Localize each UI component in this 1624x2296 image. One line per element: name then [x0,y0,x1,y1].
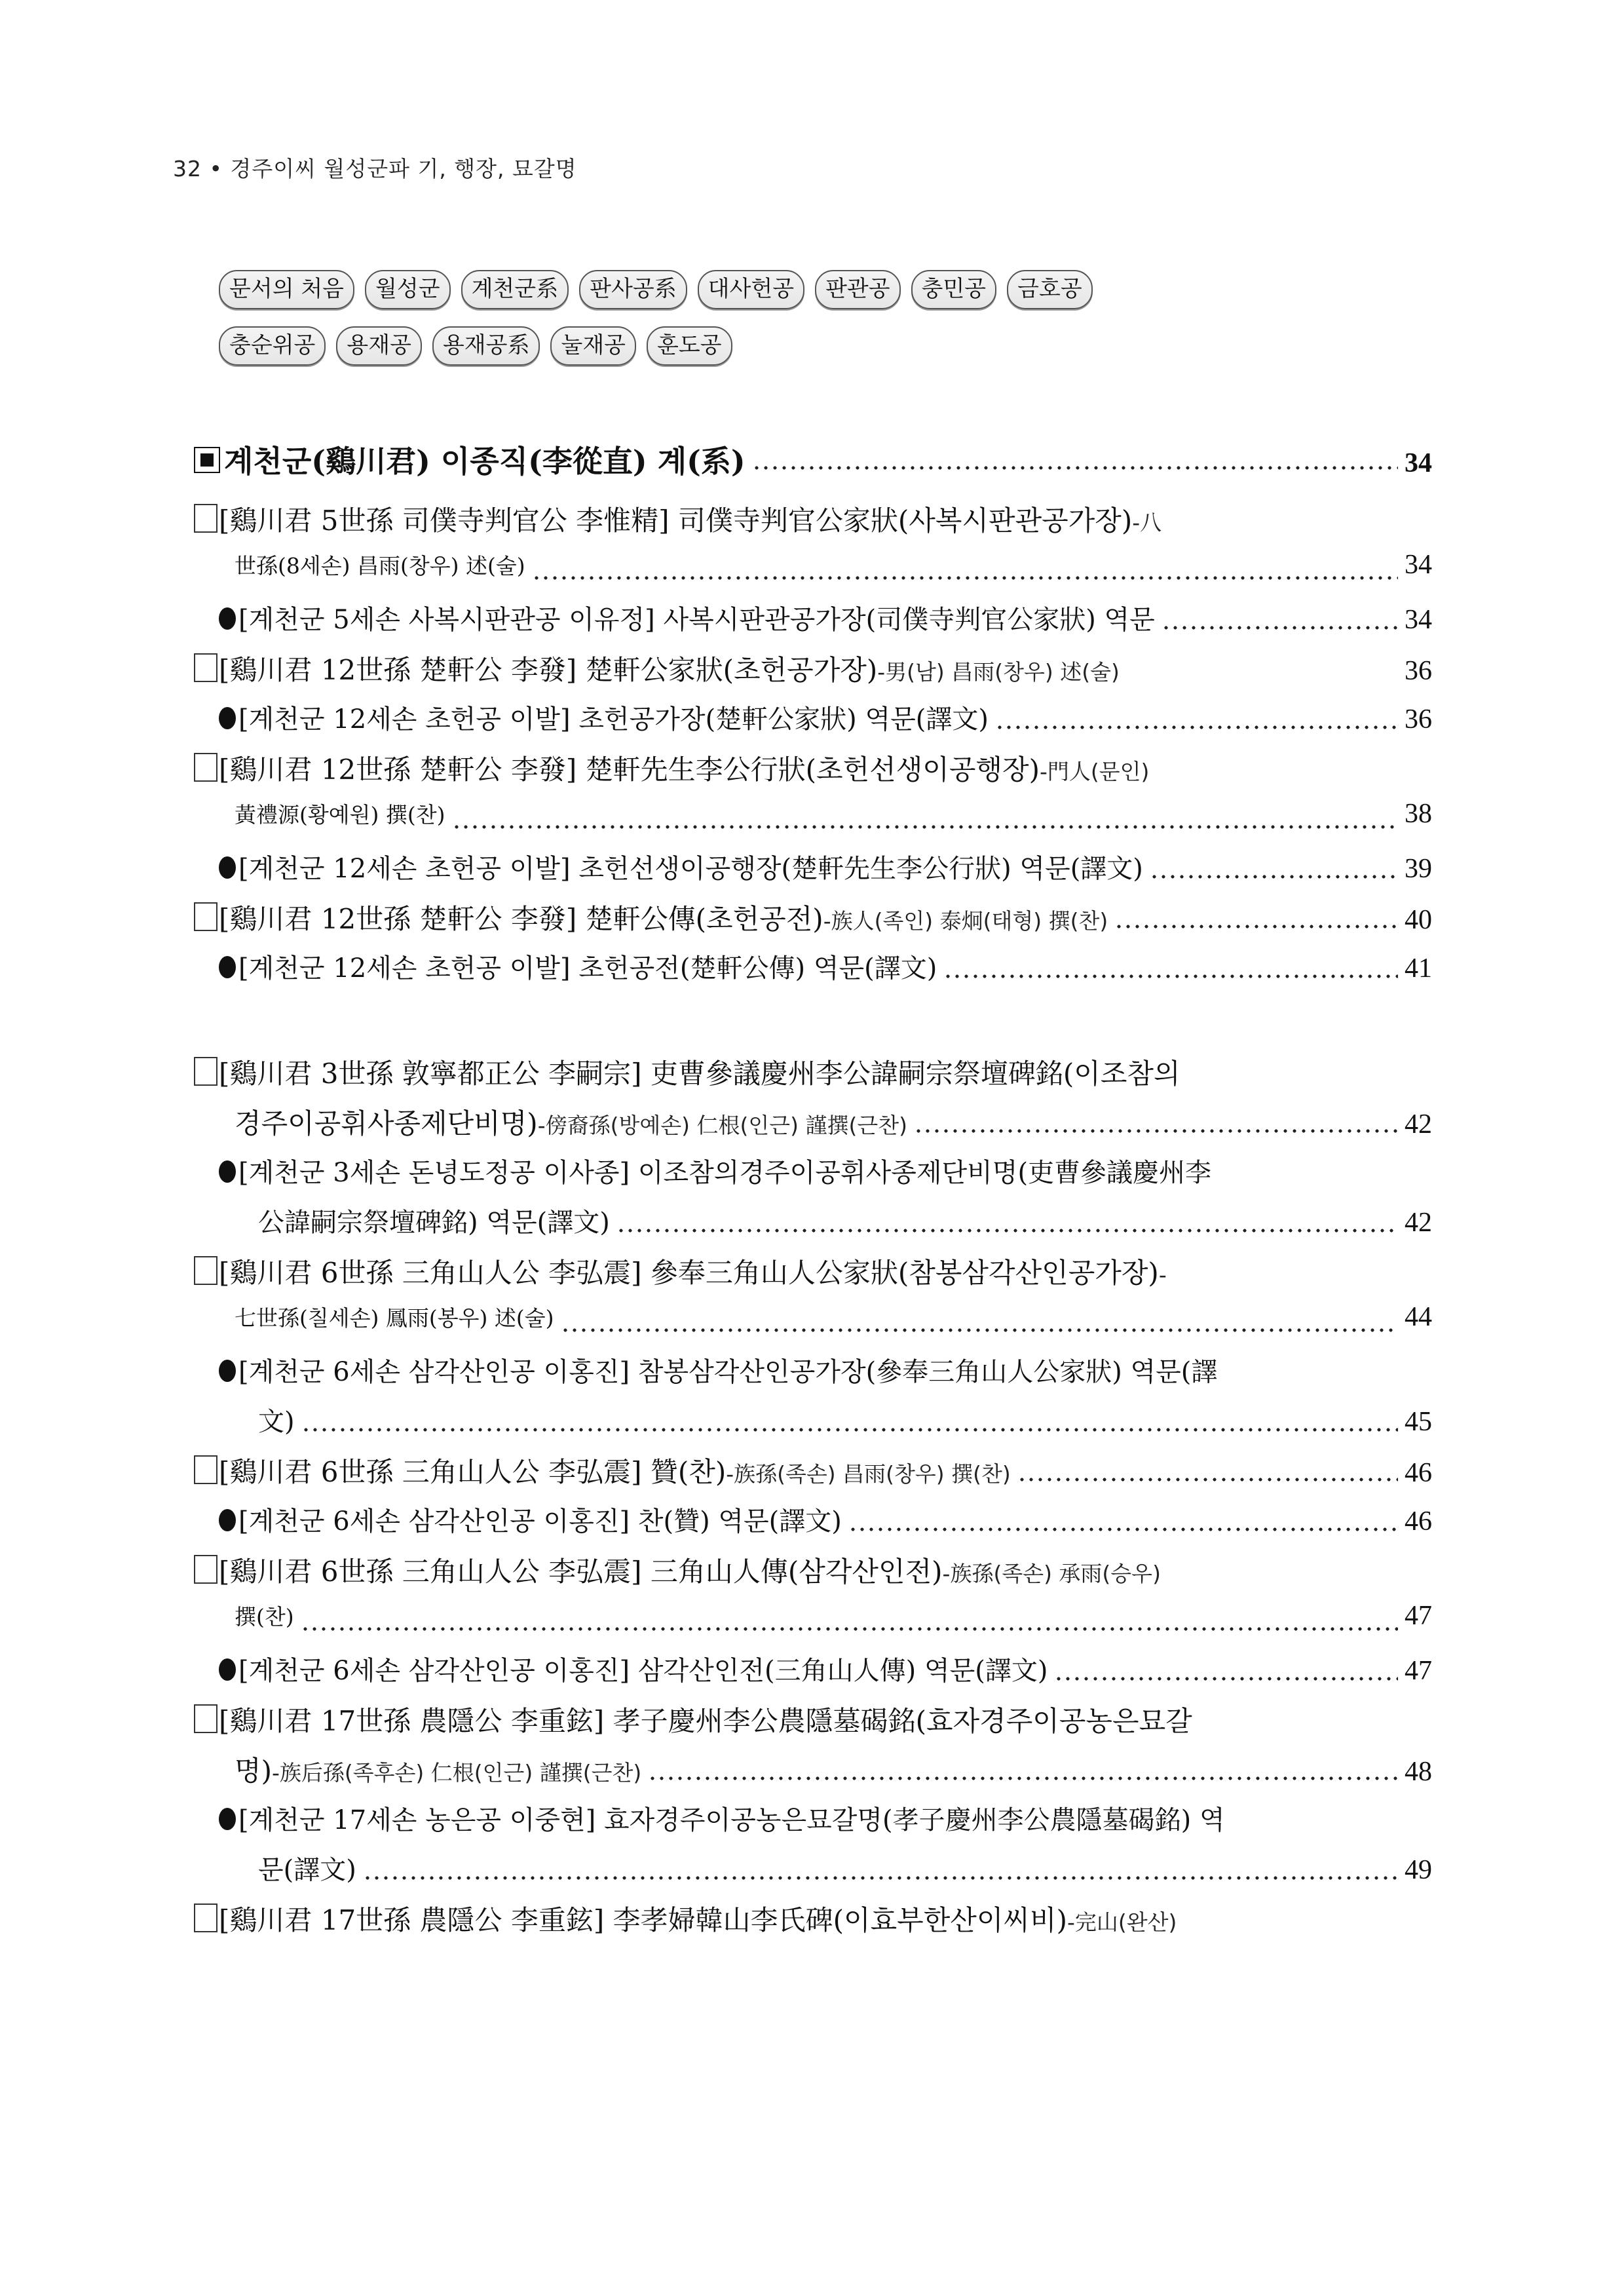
nav-row-2: 충순위공 용재공 용재공系 눌재공 훈도공 [219,326,1332,366]
dot-leader [995,725,1398,729]
nav-row-1: 문서의 처음 월성군 계천군系 판사공系 대사헌공 판관공 충민공 금호공 [219,270,1332,309]
empty-square-icon [194,902,217,931]
nav-button-hundo-gong[interactable]: 훈도공 [647,326,732,366]
toc-translation-entry[interactable]: [계천군 3세손 돈녕도정공 이사종] 이조참의경주이공휘사종제단비명(吏曹參議… [194,1152,1432,1202]
page-number: 34 [1405,604,1432,636]
bullet-icon [219,1808,236,1830]
nav-button-document-start[interactable]: 문서의 처음 [219,270,354,309]
dot-leader [561,1328,1399,1332]
nav-button-wolseong-gun[interactable]: 월성군 [365,270,451,309]
empty-square-icon [194,1256,217,1285]
dot-leader [616,1229,1398,1233]
bullet-icon [219,1658,236,1681]
bullet-icon [219,1509,236,1531]
toc-entry[interactable]: [鷄川君 12世孫 楚軒公 李發] 楚軒公家狀(초헌공가장) -男(남) 昌雨(… [194,649,1432,698]
toc-section-heading[interactable]: 계천군(鷄川君) 이종직(李從直) 계(系) 34 [194,438,1432,490]
toc-translation-entry[interactable]: [계천군 12세손 초헌공 이발] 초헌선생이공행장(楚軒先生李公行狀) 역문(… [194,848,1432,898]
page-number: 47 [1405,1655,1432,1687]
dot-leader [848,1527,1398,1531]
empty-square-icon [194,753,217,782]
page-number: 49 [1405,1854,1432,1886]
toc-entry-continuation[interactable]: 撰(찬) 47 [194,1600,1432,1650]
page-number: 36 [1405,655,1432,687]
page-number: 47 [1405,1600,1432,1632]
toc-translation-entry[interactable]: [계천군 12세손 초헌공 이발] 초헌공가장(楚軒公家狀) 역문(譯文) 36 [194,698,1432,748]
empty-square-icon [194,504,217,533]
document-nav: 문서의 처음 월성군 계천군系 판사공系 대사헌공 판관공 충민공 금호공 충순… [219,270,1332,383]
empty-square-icon [194,1704,217,1733]
dot-leader [1054,1677,1398,1681]
toc-entry[interactable]: [鷄川君 6世孫 三角山人公 李弘震] 贊(찬) -族孫(족손) 昌雨(창우) … [194,1451,1432,1501]
nav-button-nuljae-gong[interactable]: 눌재공 [550,326,636,366]
page-number: 45 [1405,1406,1432,1438]
toc-entry[interactable]: [鷄川君 17世孫 農隱公 李重鉉] 李孝婦韓山李氏碑(이효부한산이씨비) -完… [194,1899,1432,1949]
page-number: 34 [1405,448,1432,479]
empty-square-icon [194,1555,217,1584]
spacer [194,997,1432,1052]
nav-button-yongjae-gong[interactable]: 용재공 [336,326,422,366]
running-head: 32 • 경주이씨 월성군파 기, 행장, 묘갈명 [173,152,577,183]
toc-translation-entry[interactable]: [계천군 6세손 삼각산인공 이홍진] 찬(贊) 역문(譯文) 46 [194,1501,1432,1550]
toc-translation-entry[interactable]: [계천군 5세손 사복시판관공 이유정] 사복시판관공가장(司僕寺判官公家狀) … [194,599,1432,649]
nav-button-daesaheon-gong[interactable]: 대사헌공 [698,270,804,309]
dot-leader [532,576,1398,580]
toc-entry-continuation[interactable]: 명) -族后孫(족후손) 仁根(인근) 謹撰(근찬) 48 [194,1750,1432,1799]
empty-square-icon [194,653,217,682]
bullet-icon [219,707,236,729]
page-number: 39 [1405,853,1432,885]
page-number: 46 [1405,1506,1432,1537]
dot-leader [943,974,1398,978]
dot-leader [1017,1478,1398,1482]
toc-entry-continuation[interactable]: 七世孫(칠세손) 鳳雨(봉우) 述(술) 44 [194,1301,1432,1351]
page-number: 41 [1405,953,1432,984]
page-number: 38 [1405,798,1432,830]
dot-leader [1114,925,1398,928]
page-number: 46 [1405,1457,1432,1489]
bullet-icon [219,856,236,879]
toc-entry[interactable]: [鷄川君 12世孫 楚軒公 李發] 楚軒公傳(초헌공전) -族人(족인) 泰炯(… [194,898,1432,947]
page-number: 42 [1405,1207,1432,1238]
toc-translation-continuation[interactable]: 文) 45 [194,1401,1432,1451]
empty-square-icon [194,1455,217,1484]
dot-leader [752,466,1398,470]
page-number: 48 [1405,1756,1432,1788]
nav-button-pansa-gong-line[interactable]: 판사공系 [579,270,687,309]
toc-translation-entry[interactable]: [계천군 6세손 삼각산인공 이홍진] 삼각산인전(三角山人傳) 역문(譯文) … [194,1650,1432,1700]
empty-square-icon [194,1904,217,1932]
bullet-icon [219,956,236,978]
toc-translation-continuation[interactable]: 公諱嗣宗祭壇碑銘) 역문(譯文) 42 [194,1202,1432,1252]
toc-translation-entry[interactable]: [계천군 17세손 농은공 이중현] 효자경주이공농은묘갈명(孝子慶州李公農隱墓… [194,1799,1432,1849]
dot-leader [1161,626,1398,630]
toc-entry[interactable]: [鷄川君 17世孫 農隱公 李重鉉] 孝子慶州李公農隱墓碣銘(효자경주이공농은묘… [194,1700,1432,1750]
nav-button-pangwan-gong[interactable]: 판관공 [815,270,901,309]
dot-leader [914,1129,1398,1133]
nav-button-yongjae-gong-line[interactable]: 용재공系 [432,326,540,366]
page-number: 36 [1405,704,1432,735]
bullet-icon [219,1160,236,1183]
toc-entry[interactable]: [鷄川君 6世孫 三角山人公 李弘震] 三角山人傳(삼각산인전) -族孫(족손)… [194,1550,1432,1600]
dot-leader [452,825,1399,829]
page-number: 34 [1405,549,1432,581]
toc-entry[interactable]: [鷄川君 5世孫 司僕寺判官公 李惟精] 司僕寺判官公家狀(사복시판관공가장) … [194,499,1432,549]
toc-translation-entry[interactable]: [계천군 12세손 초헌공 이발] 초헌공전(楚軒公傳) 역문(譯文) 41 [194,947,1432,997]
dot-leader [1150,875,1398,879]
toc-entry[interactable]: [鷄川君 3世孫 敦寧都正公 李嗣宗] 吏曹參議慶州李公諱嗣宗祭壇碑銘(이조참의 [194,1052,1432,1102]
toc-translation-entry[interactable]: [계천군 6세손 삼각산인공 이홍진] 참봉삼각산인공가장(參奉三角山人公家狀)… [194,1351,1432,1401]
empty-square-icon [194,1057,217,1086]
toc-entry[interactable]: [鷄川君 12世孫 楚軒公 李發] 楚軒先生李公行狀(초헌선생이공행장) -門人… [194,748,1432,798]
toc-entry-continuation[interactable]: 경주이공휘사종제단비명) -傍裔孫(방예손) 仁根(인근) 謹撰(근찬) 42 [194,1102,1432,1152]
nav-button-chungsunwi-gong[interactable]: 충순위공 [219,326,326,366]
page-number: 42 [1405,1109,1432,1140]
toc-entry-continuation[interactable]: 世孫(8세손) 昌雨(창우) 述(술) 34 [194,549,1432,599]
toc-entry[interactable]: [鷄川君 6世孫 三角山人公 李弘震] 參奉三角山人公家狀(참봉삼각산인공가장)… [194,1252,1432,1301]
bullet-icon [219,1360,236,1382]
page-number: 44 [1405,1301,1432,1333]
table-of-contents: 계천군(鷄川君) 이종직(李從直) 계(系) 34 [鷄川君 5世孫 司僕寺判官… [194,438,1432,1949]
dot-leader [363,1876,1398,1880]
dot-leader [301,1428,1398,1432]
toc-entry-continuation[interactable]: 黃禮源(황예원) 撰(찬) 38 [194,798,1432,848]
toc-translation-continuation[interactable]: 문(譯文) 49 [194,1849,1432,1899]
nav-button-chungmin-gong[interactable]: 충민공 [911,270,997,309]
dot-leader [301,1627,1398,1631]
bullet-icon [219,607,236,630]
page-number: 40 [1405,904,1432,936]
nav-button-geumho-gong[interactable]: 금호공 [1007,270,1093,309]
nav-button-gyecheon-gun-line[interactable]: 계천군系 [461,270,569,309]
dot-leader [648,1776,1398,1780]
filled-square-icon [194,447,220,473]
